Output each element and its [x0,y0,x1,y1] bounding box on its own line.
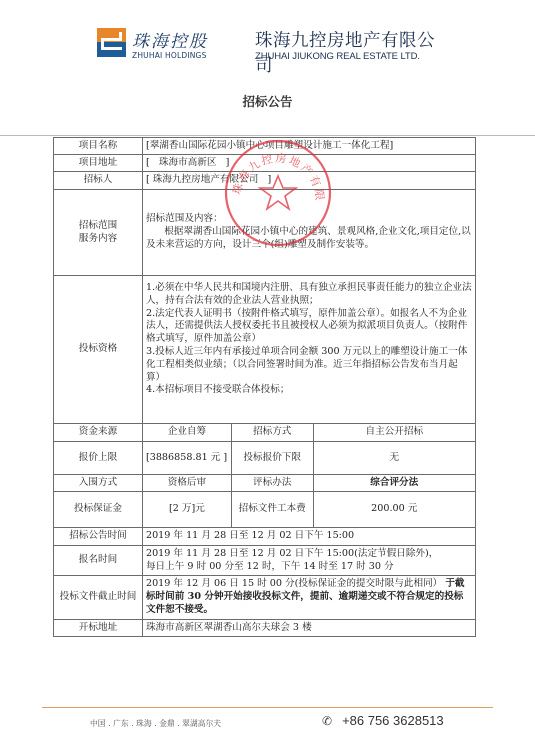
deadline-time: 2019 年 12 月 06 日 15 时 00 分(投标保证金的提交时限与此相… [146,578,445,589]
project-address-label: 项目地址 [54,155,143,172]
price-cap-label: 报价上限 [54,442,143,475]
document-fee-value: 200.00 元 [313,492,475,528]
tenderer-value: [ 珠海九控房地产有限公司 ] [142,172,475,190]
table-row: 入围方式 资格后审 评标办法 综合评分法 [54,475,476,492]
scope-label: 招标范围 服务内容 [54,190,143,276]
evaluation-method-label: 评标办法 [231,475,313,492]
company-logo-icon [97,28,126,57]
opening-address-value: 珠海市高新区翠湖香山高尔夫球会 3 楼 [142,620,475,637]
title-divider [0,135,535,136]
scope-body: 根据翠湖香山国际花园小镇中心的建筑、景观风格,企业文化,项目定位,以及未来营运的… [146,226,472,252]
deposit-value: [2 万]元 [142,492,231,528]
deadline-value: 2019 年 12 月 06 日 15 时 00 分(投标保证金的提交时限与此相… [142,576,475,620]
price-floor-value: 无 [313,442,475,475]
footer-phone: ✆+86 756 3628513 [322,713,444,728]
footer-divider [42,707,493,708]
registration-time-line1: 2019 年 11 月 28 日至 12 月 02 日下午 15:00(法定节假… [146,548,472,561]
table-row: 报价上限 [3886858.81 元 ] 投标报价下限 无 [54,442,476,475]
project-name-value: [翠湖香山国际花园小镇中心项目雕塑设计施工一体化工程] [142,138,475,155]
notice-time-value: 2019 年 11 月 28 日至 12 月 02 日下午 15:00 [142,528,475,546]
registration-time-line2: 每日上午 9 时 00 分至 12 时，下午 14 时至 17 时 30 分 [146,561,472,574]
company-english-name: ZHUHAI JIUKONG REAL ESTATE LTD. [255,51,420,62]
table-row: 招标公告时间 2019 年 11 月 28 日至 12 月 02 日下午 15:… [54,528,476,546]
qualification-item: 1.必须在中华人民共和国境内注册、具有独立承担民事责任能力的独立企业法人，持有合… [146,282,472,308]
deposit-label: 投标保证金 [54,492,143,528]
admission-label: 入围方式 [54,475,143,492]
deadline-label: 投标文件截止时间 [54,576,143,620]
table-row: 投标文件截止时间 2019 年 12 月 06 日 15 时 00 分(投标保证… [54,576,476,620]
logo-english-name: ZHUHAI HOLDINGS [132,51,207,60]
evaluation-method-value: 综合评分法 [313,475,475,492]
qualification-item: 4.本招标项目不接受联合体投标； [146,384,472,397]
table-row: 投标资格 1.必须在中华人民共和国境内注册、具有独立承担民事责任能力的独立企业法… [54,276,476,424]
table-row: 开标地址 珠海市高新区翠湖香山高尔夫球会 3 楼 [54,620,476,637]
scope-heading: 招标范围及内容： [146,213,472,226]
table-row: 资金来源 企业自筹 招标方式 自主公开招标 [54,424,476,442]
project-address-value: [ 珠海市高新区 ] [142,155,475,172]
scope-label-line2: 服务内容 [57,233,139,246]
price-floor-label: 投标报价下限 [231,442,313,475]
table-row: 项目名称 [翠湖香山国际花园小镇中心项目雕塑设计施工一体化工程] [54,138,476,155]
phone-icon: ✆ [322,714,332,728]
tender-method-value: 自主公开招标 [313,424,475,442]
funding-label: 资金来源 [54,424,143,442]
notice-time-label: 招标公告时间 [54,528,143,546]
table-row: 项目地址 [ 珠海市高新区 ] [54,155,476,172]
footer-address: 中国 . 广东 . 珠海 . 金鼎 . 翠湖高尔夫 [90,718,221,729]
scope-value: 招标范围及内容： 根据翠湖香山国际花园小镇中心的建筑、景观风格,企业文化,项目定… [142,190,475,276]
qualification-value: 1.必须在中华人民共和国境内注册、具有独立承担民事责任能力的独立企业法人，持有合… [142,276,475,424]
project-name-label: 项目名称 [54,138,143,155]
phone-number: +86 756 3628513 [342,713,444,728]
document-fee-label: 招标文件工本费 [231,492,313,528]
table-row: 投标保证金 [2 万]元 招标文件工本费 200.00 元 [54,492,476,528]
admission-value: 资格后审 [142,475,231,492]
scope-label-line1: 招标范围 [57,220,139,233]
table-row: 招标人 [ 珠海九控房地产有限公司 ] [54,172,476,190]
table-row: 报名时间 2019 年 11 月 28 日至 12 月 02 日下午 15:00… [54,546,476,576]
tender-info-table: 项目名称 [翠湖香山国际花园小镇中心项目雕塑设计施工一体化工程] 项目地址 [ … [53,137,476,637]
registration-time-value: 2019 年 11 月 28 日至 12 月 02 日下午 15:00(法定节假… [142,546,475,576]
qualification-item: 2.法定代表人证明书（按附件格式填写，原件加盖公章）。如报名人不为企业法人，还需… [146,308,472,346]
page-title: 招标公告 [0,92,535,110]
price-cap-value: [3886858.81 元 ] [142,442,231,475]
qualification-item: 3.投标人近三年内有承接过单项合同金额 300 万元以上的雕塑设计施工一体化工程… [146,346,472,384]
table-row: 招标范围 服务内容 招标范围及内容： 根据翠湖香山国际花园小镇中心的建筑、景观风… [54,190,476,276]
registration-time-label: 报名时间 [54,546,143,576]
qualification-label: 投标资格 [54,276,143,424]
tenderer-label: 招标人 [54,172,143,190]
funding-value: 企业自筹 [142,424,231,442]
opening-address-label: 开标地址 [54,620,143,637]
letterhead: 珠海控股 ZHUHAI HOLDINGS 珠海九控房地产有限公司 ZHUHAI … [97,27,447,63]
tender-method-label: 招标方式 [231,424,313,442]
logo-chinese-name: 珠海控股 [132,27,208,52]
